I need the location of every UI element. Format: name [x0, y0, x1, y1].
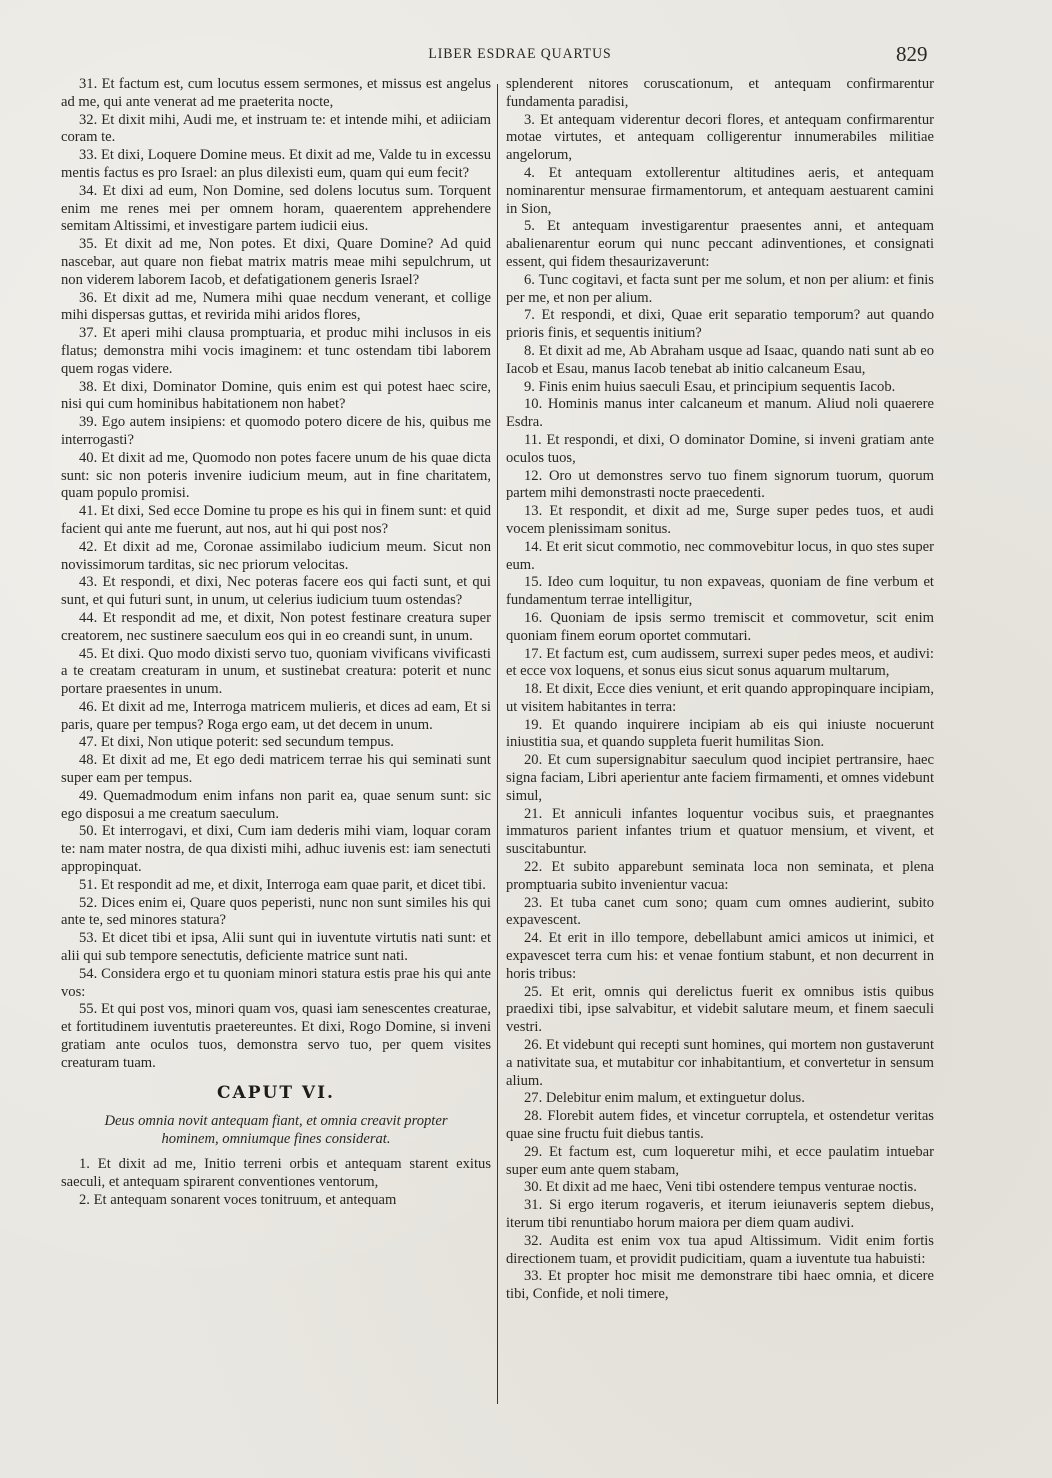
verse: 45. Et dixi. Quo modo dixisti servo tuo,… — [61, 646, 491, 699]
page-header: LIBER ESDRAE QUARTUS 829 — [0, 46, 1052, 68]
verse: 11. Et respondi, et dixi, O dominator Do… — [506, 432, 934, 468]
verse: 29. Et factum est, cum loqueretur mihi, … — [506, 1144, 934, 1180]
verse: 48. Et dixit ad me, Et ego dedi matricem… — [61, 752, 491, 788]
verse: 52. Dices enim ei, Quare quos peperisti,… — [61, 895, 491, 931]
verse: 8. Et dixit ad me, Ab Abraham usque ad I… — [506, 343, 934, 379]
verse: 3. Et antequam viderentur decori flores,… — [506, 112, 934, 165]
verse: 15. Ideo cum loquitur, tu non expaveas, … — [506, 574, 934, 610]
verse: 51. Et respondit ad me, et dixit, Interr… — [61, 877, 491, 895]
verse: 13. Et respondit, et dixit ad me, Surge … — [506, 503, 934, 539]
verse: 39. Ego autem insipiens: et quomodo pote… — [61, 414, 491, 450]
verse: 17. Et factum est, cum audissem, surrexi… — [506, 646, 934, 682]
verse: 1. Et dixit ad me, Initio terreni orbis … — [61, 1156, 491, 1192]
verse-continuation: splenderent nitores coruscationum, et an… — [506, 76, 934, 112]
verse: 43. Et respondi, et dixi, Nec poteras fa… — [61, 574, 491, 610]
verse: 40. Et dixit ad me, Quomodo non potes fa… — [61, 450, 491, 503]
verse: 2. Et antequam sonarent voces tonitruum,… — [61, 1192, 491, 1210]
verse: 27. Delebitur enim malum, et extinguetur… — [506, 1090, 934, 1108]
verse: 53. Et dicet tibi et ipsa, Alii sunt qui… — [61, 930, 491, 966]
verse: 31. Si ergo iterum rogaveris, et iterum … — [506, 1197, 934, 1233]
verse-list-after-chapter: 1. Et dixit ad me, Initio terreni orbis … — [61, 1156, 491, 1209]
verse: 14. Et erit sicut commotio, nec commoveb… — [506, 539, 934, 575]
verse: 55. Et qui post vos, minori quam vos, qu… — [61, 1001, 491, 1072]
verse: 25. Et erit, omnis qui derelictus fuerit… — [506, 984, 934, 1037]
verse: 50. Et interrogavi, et dixi, Cum iam ded… — [61, 823, 491, 876]
verse: 44. Et respondit ad me, et dixit, Non po… — [61, 610, 491, 646]
verse: 35. Et dixit ad me, Non potes. Et dixi, … — [61, 236, 491, 289]
verse: 32. Et dixit mihi, Audi me, et instruam … — [61, 112, 491, 148]
verse: 24. Et erit in illo tempore, debellabunt… — [506, 930, 934, 983]
page-number: 829 — [896, 42, 928, 67]
verse: 38. Et dixi, Dominator Domine, quis enim… — [61, 379, 491, 415]
verse: 4. Et antequam extollerentur altitudines… — [506, 165, 934, 218]
verse: 47. Et dixi, Non utique poterit: sed sec… — [61, 734, 491, 752]
verse: 30. Et dixit ad me haec, Veni tibi osten… — [506, 1179, 934, 1197]
verse: 31. Et factum est, cum locutus essem ser… — [61, 76, 491, 112]
verse: 16. Quoniam de ipsis sermo tremiscit et … — [506, 610, 934, 646]
chapter-heading: CAPUT VI. — [61, 1085, 491, 1103]
verse: 23. Et tuba canet cum sono; quam cum omn… — [506, 895, 934, 931]
verse-list: 3. Et antequam viderentur decori flores,… — [506, 112, 934, 1304]
chapter-summary: Deus omnia novit antequam fiant, et omni… — [81, 1112, 471, 1148]
verse: 32. Audita est enim vox tua apud Altissi… — [506, 1233, 934, 1269]
verse: 34. Et dixi ad eum, Non Domine, sed dole… — [61, 183, 491, 236]
verse: 7. Et respondi, et dixi, Quae erit separ… — [506, 307, 934, 343]
verse: 42. Et dixit ad me, Coronae assimilabo i… — [61, 539, 491, 575]
left-column: 31. Et factum est, cum locutus essem ser… — [61, 76, 491, 1210]
verse: 49. Quemadmodum enim infans non parit ea… — [61, 788, 491, 824]
verse: 33. Et propter hoc misit me demonstrare … — [506, 1268, 934, 1304]
running-title: LIBER ESDRAE QUARTUS — [42, 46, 999, 63]
verse: 28. Florebit autem fides, et vincetur co… — [506, 1108, 934, 1144]
verse: 5. Et antequam investigarentur praesente… — [506, 218, 934, 271]
verse: 37. Et aperi mihi clausa promptuaria, et… — [61, 325, 491, 378]
verse: 18. Et dixit, Ecce dies veniunt, et erit… — [506, 681, 934, 717]
verse: 33. Et dixi, Loquere Domine meus. Et dix… — [61, 147, 491, 183]
verse: 26. Et videbunt qui recepti sunt homines… — [506, 1037, 934, 1090]
verse: 19. Et quando inquirere incipiam ab eis … — [506, 717, 934, 753]
verse: 9. Finis enim huius saeculi Esau, et pri… — [506, 379, 934, 397]
verse: 22. Et subito apparebunt seminata loca n… — [506, 859, 934, 895]
verse: 6. Tunc cogitavi, et facta sunt per me s… — [506, 272, 934, 308]
verse-list-before-chapter: 31. Et factum est, cum locutus essem ser… — [61, 76, 491, 1073]
verse: 36. Et dixit ad me, Numera mihi quae nec… — [61, 290, 491, 326]
column-divider — [497, 84, 498, 1404]
verse: 41. Et dixi, Sed ecce Domine tu prope es… — [61, 503, 491, 539]
verse: 20. Et cum supersignabitur saeculum quod… — [506, 752, 934, 805]
verse: 21. Et anniculi infantes loquentur vocib… — [506, 806, 934, 859]
verse: 10. Hominis manus inter calcaneum et man… — [506, 396, 934, 432]
verse: 12. Oro ut demonstres servo tuo finem si… — [506, 468, 934, 504]
right-column: splenderent nitores coruscationum, et an… — [506, 76, 934, 1304]
verse: 46. Et dixit ad me, Interroga matricem m… — [61, 699, 491, 735]
verse: 54. Considera ergo et tu quoniam minori … — [61, 966, 491, 1002]
